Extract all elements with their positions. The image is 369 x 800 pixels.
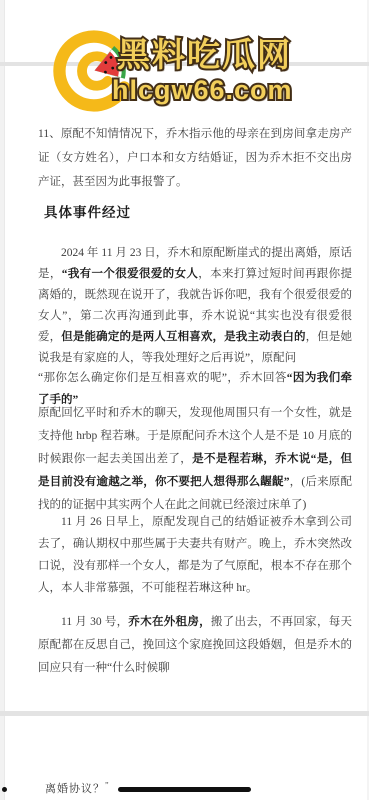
site-name: 黑料吃瓜网 <box>117 38 292 71</box>
body-text: 11 月 30 号， <box>61 616 128 628</box>
list-item-11: 11、原配不知情情况下，乔木指示他的母亲在到房间拿走房产证（女方姓名），户口本和… <box>38 122 352 194</box>
body-text: 11 月 26 日早上，原配发现自己的结婚证被乔木拿到公司去了，确认期权中那些属… <box>38 516 352 594</box>
emphasis-text: 乔木在外租房， <box>128 616 210 628</box>
viewer-left-edge <box>0 0 5 800</box>
paragraph-11-30: 11 月 30 号，乔木在外租房，搬了出去，不再回家，每天原配都在反思自己，挽回… <box>38 611 352 680</box>
next-page-list-item: 离婚协议？” <box>45 780 110 796</box>
next-item-label-text: 离婚协议？ <box>45 783 105 795</box>
section-heading: 具体事件经过 <box>44 201 131 221</box>
list-bullet-icon <box>2 787 7 792</box>
body-text: “那你怎么确定你们是互相喜欢的呢”，乔木回答 <box>38 372 287 384</box>
page-separator-bottom <box>0 711 369 716</box>
document-page: { "brand": { "name": "黑料吃瓜网", "domain": … <box>0 0 369 800</box>
redacted-text-bar <box>118 787 251 792</box>
site-domain: hlcgw66.com <box>112 77 293 104</box>
paragraph-11-26: 11 月 26 日早上，原配发现自己的结婚证被乔木拿到公司去了，确认期权中那些属… <box>38 511 352 599</box>
quote-mark: ” <box>105 780 110 789</box>
site-watermark-banner: 黑料吃瓜网 hlcgw66.com <box>0 28 369 118</box>
paragraph-2024-11-23: 2024 年 11 月 23 日，乔木和原配断崖式的提出离婚，原话是，“我有一个… <box>38 243 352 369</box>
emphasis-text: 但是能确定的是两人互相喜欢，是我主动表白的 <box>61 331 305 343</box>
body-text: 11、原配不知情情况下，乔木指示他的母亲在到房间拿走房产证（女方姓名），户口本和… <box>38 128 352 188</box>
paragraph-hrbp-recall: 原配回忆平时和乔木的聊天，发现他周围只有一个女性，就是支持他 hrbp 程若琳。… <box>38 402 352 517</box>
emphasis-text: “我有一个很爱很爱的女人 <box>62 268 199 280</box>
